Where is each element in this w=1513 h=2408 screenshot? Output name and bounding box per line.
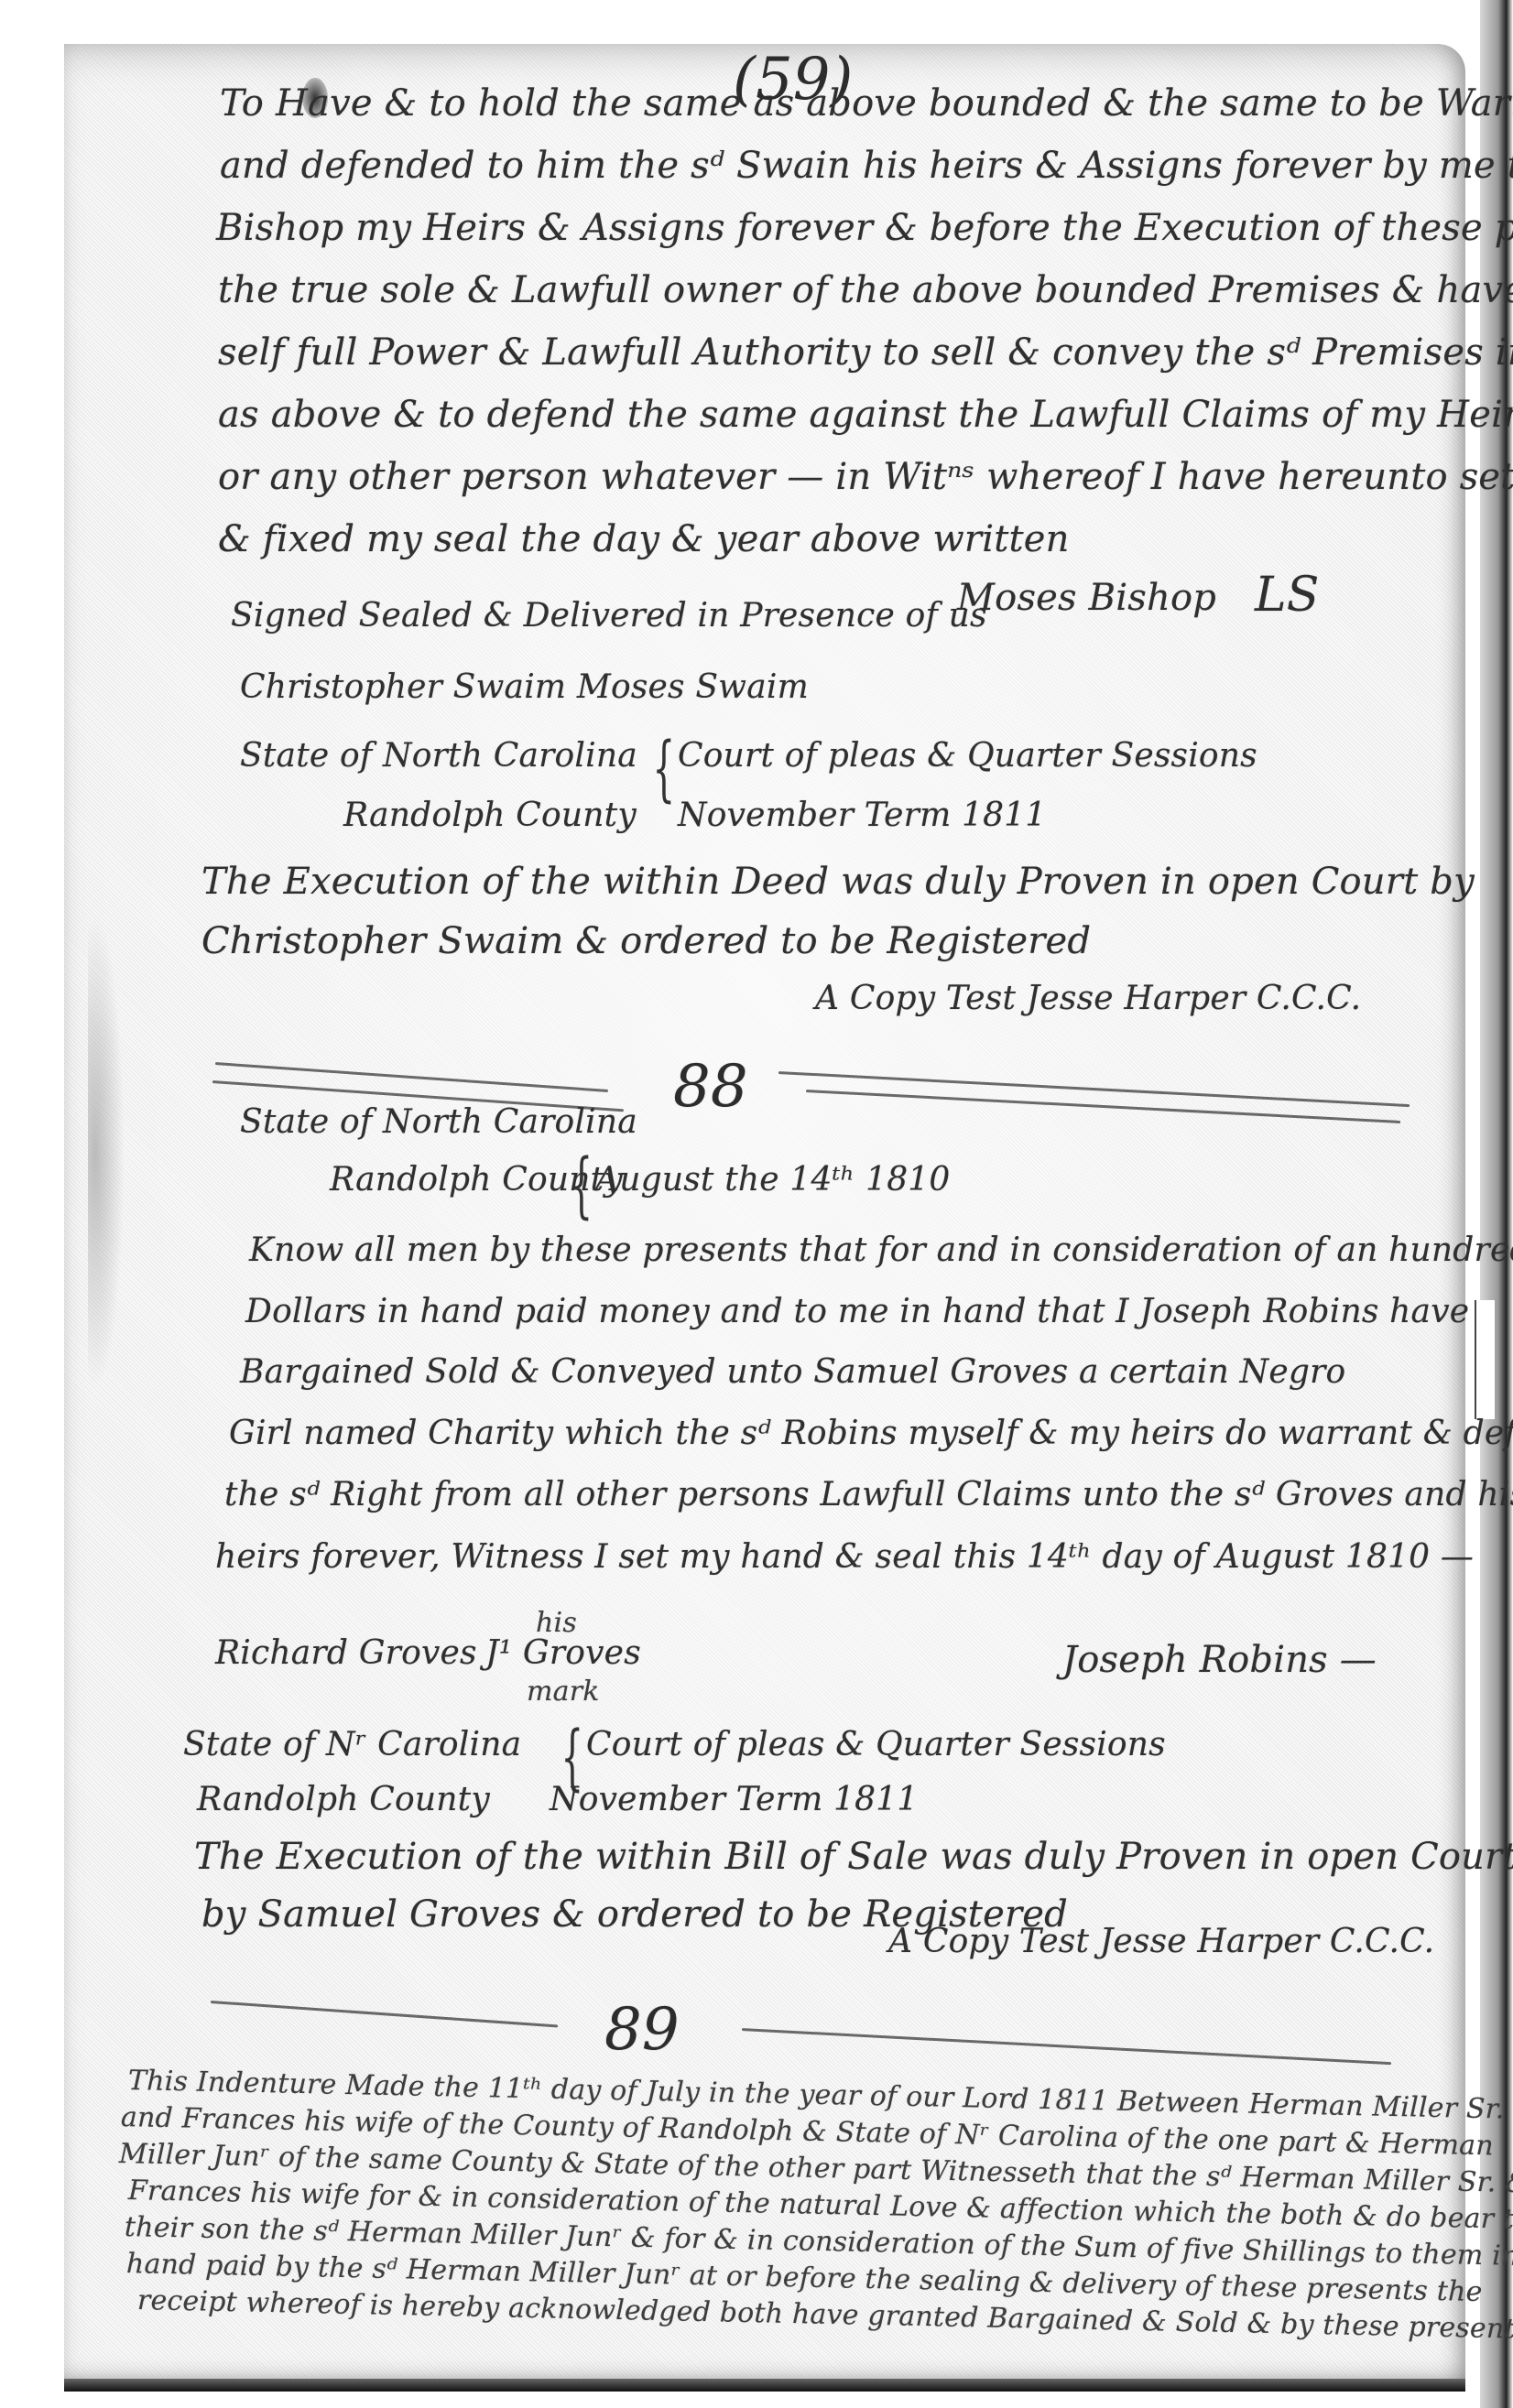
brace-mark: { [652, 728, 675, 810]
clerk-attestation: A Copy Test Jesse Harper C.C.C. [815, 980, 1361, 1017]
deed-line: & fixed my seal the day & year above wri… [218, 518, 1070, 560]
signer-signature: Joseph Robins — [1062, 1639, 1377, 1681]
court-term: November Term 1811 [678, 797, 1046, 834]
court-state: State of North Carolina [240, 737, 637, 775]
court-county: Randolph County [343, 797, 637, 834]
deed-line: or any other person whatever — in Witⁿˢ … [218, 456, 1513, 498]
bill-line: the sᵈ Right from all other persons Lawf… [224, 1476, 1513, 1513]
page-bottom-edge [64, 2379, 1465, 2392]
court-term: November Term 1811 [550, 1781, 918, 1818]
deed-line: Bishop my Heirs & Assigns forever & befo… [216, 207, 1513, 249]
witness-mark-note-mark: mark [527, 1676, 600, 1708]
clerk-attestation: A Copy Test Jesse Harper C.C.C. [888, 1923, 1434, 1960]
deed-line: and defended to him the sᵈ Swain his hei… [220, 145, 1513, 187]
entry-number: 88 [673, 1053, 748, 1121]
page-shadow [88, 916, 125, 1392]
deed-line: as above & to defend the same against th… [218, 394, 1513, 436]
witness-name: Richard Groves [215, 1634, 477, 1672]
entry-heading-date: August the 14ᵗʰ 1810 [595, 1161, 951, 1199]
probate-line: The Execution of the within Deed was dul… [201, 861, 1475, 903]
brace-mark: { [570, 1144, 593, 1227]
court-state: State of Nʳ Carolina [183, 1726, 521, 1763]
entry-heading-state: State of North Carolina [240, 1103, 637, 1141]
witness-mark: J¹ Groves [485, 1634, 641, 1672]
court-county: Randolph County [197, 1781, 490, 1818]
deed-line: the true sole & Lawfull owner of the abo… [218, 269, 1513, 311]
bill-line: Know all men by these presents that for … [249, 1231, 1513, 1269]
attestation-line: Signed Sealed & Delivered in Presence of… [231, 597, 987, 635]
court-name: Court of pleas & Quarter Sessions [586, 1726, 1166, 1763]
bill-line: Dollars in hand paid money and to me in … [245, 1293, 1469, 1330]
seal-mark: LS [1255, 568, 1320, 623]
entry-number: 89 [604, 1996, 680, 2064]
deed-line: To Have & to hold the same as above boun… [220, 82, 1513, 125]
grantor-signature: Moses Bishop [957, 577, 1216, 619]
bill-line: Bargained Sold & Conveyed unto Samuel Gr… [240, 1353, 1345, 1391]
deed-line: self full Power & Lawfull Authority to s… [218, 331, 1513, 374]
probate-line: Christopher Swaim & ordered to be Regist… [201, 920, 1091, 962]
witness-names: Christopher Swaim Moses Swaim [240, 668, 809, 706]
bill-line: heirs forever, Witness I set my hand & s… [215, 1538, 1474, 1576]
probate-line: The Execution of the within Bill of Sale… [194, 1836, 1513, 1878]
bill-line: Girl named Charity which the sᵈ Robins m… [229, 1415, 1513, 1452]
page-tab-marker [1475, 1300, 1495, 1419]
court-name: Court of pleas & Quarter Sessions [678, 737, 1257, 775]
